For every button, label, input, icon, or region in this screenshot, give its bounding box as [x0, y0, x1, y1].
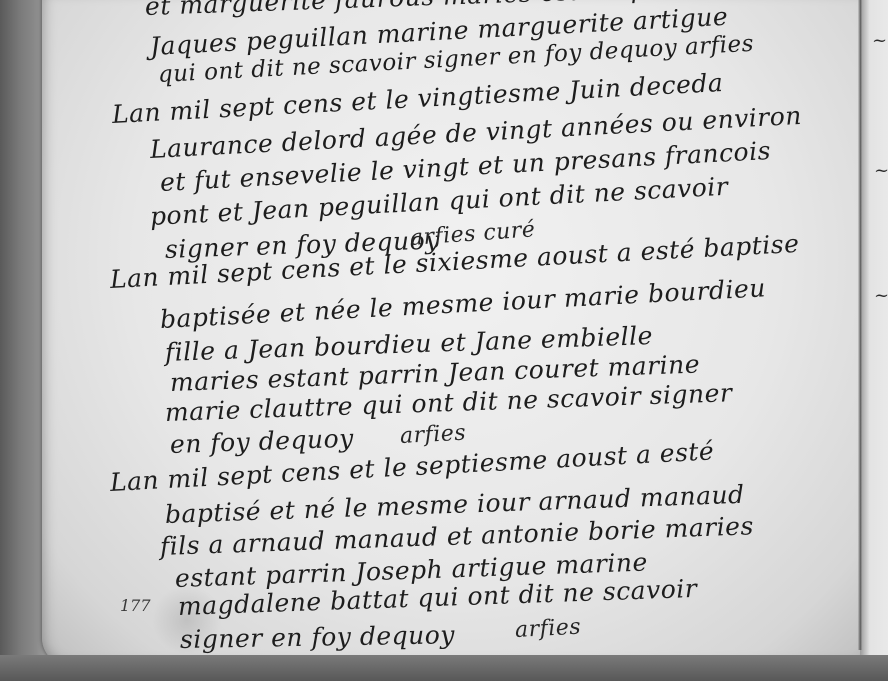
margin-note: 177: [120, 596, 151, 615]
text-line: signer en foy dequoy: [180, 620, 455, 654]
facing-page-mark: ~: [874, 160, 888, 181]
facing-page-mark: ~: [874, 285, 888, 306]
facing-page-edge: [860, 0, 888, 660]
facing-page-mark: ~: [872, 30, 887, 51]
priest-signature: arfies: [399, 421, 466, 449]
page-fold-shadow: [858, 0, 862, 650]
scan-bottom-edge: [0, 655, 888, 681]
priest-signature: arfies: [514, 615, 581, 643]
